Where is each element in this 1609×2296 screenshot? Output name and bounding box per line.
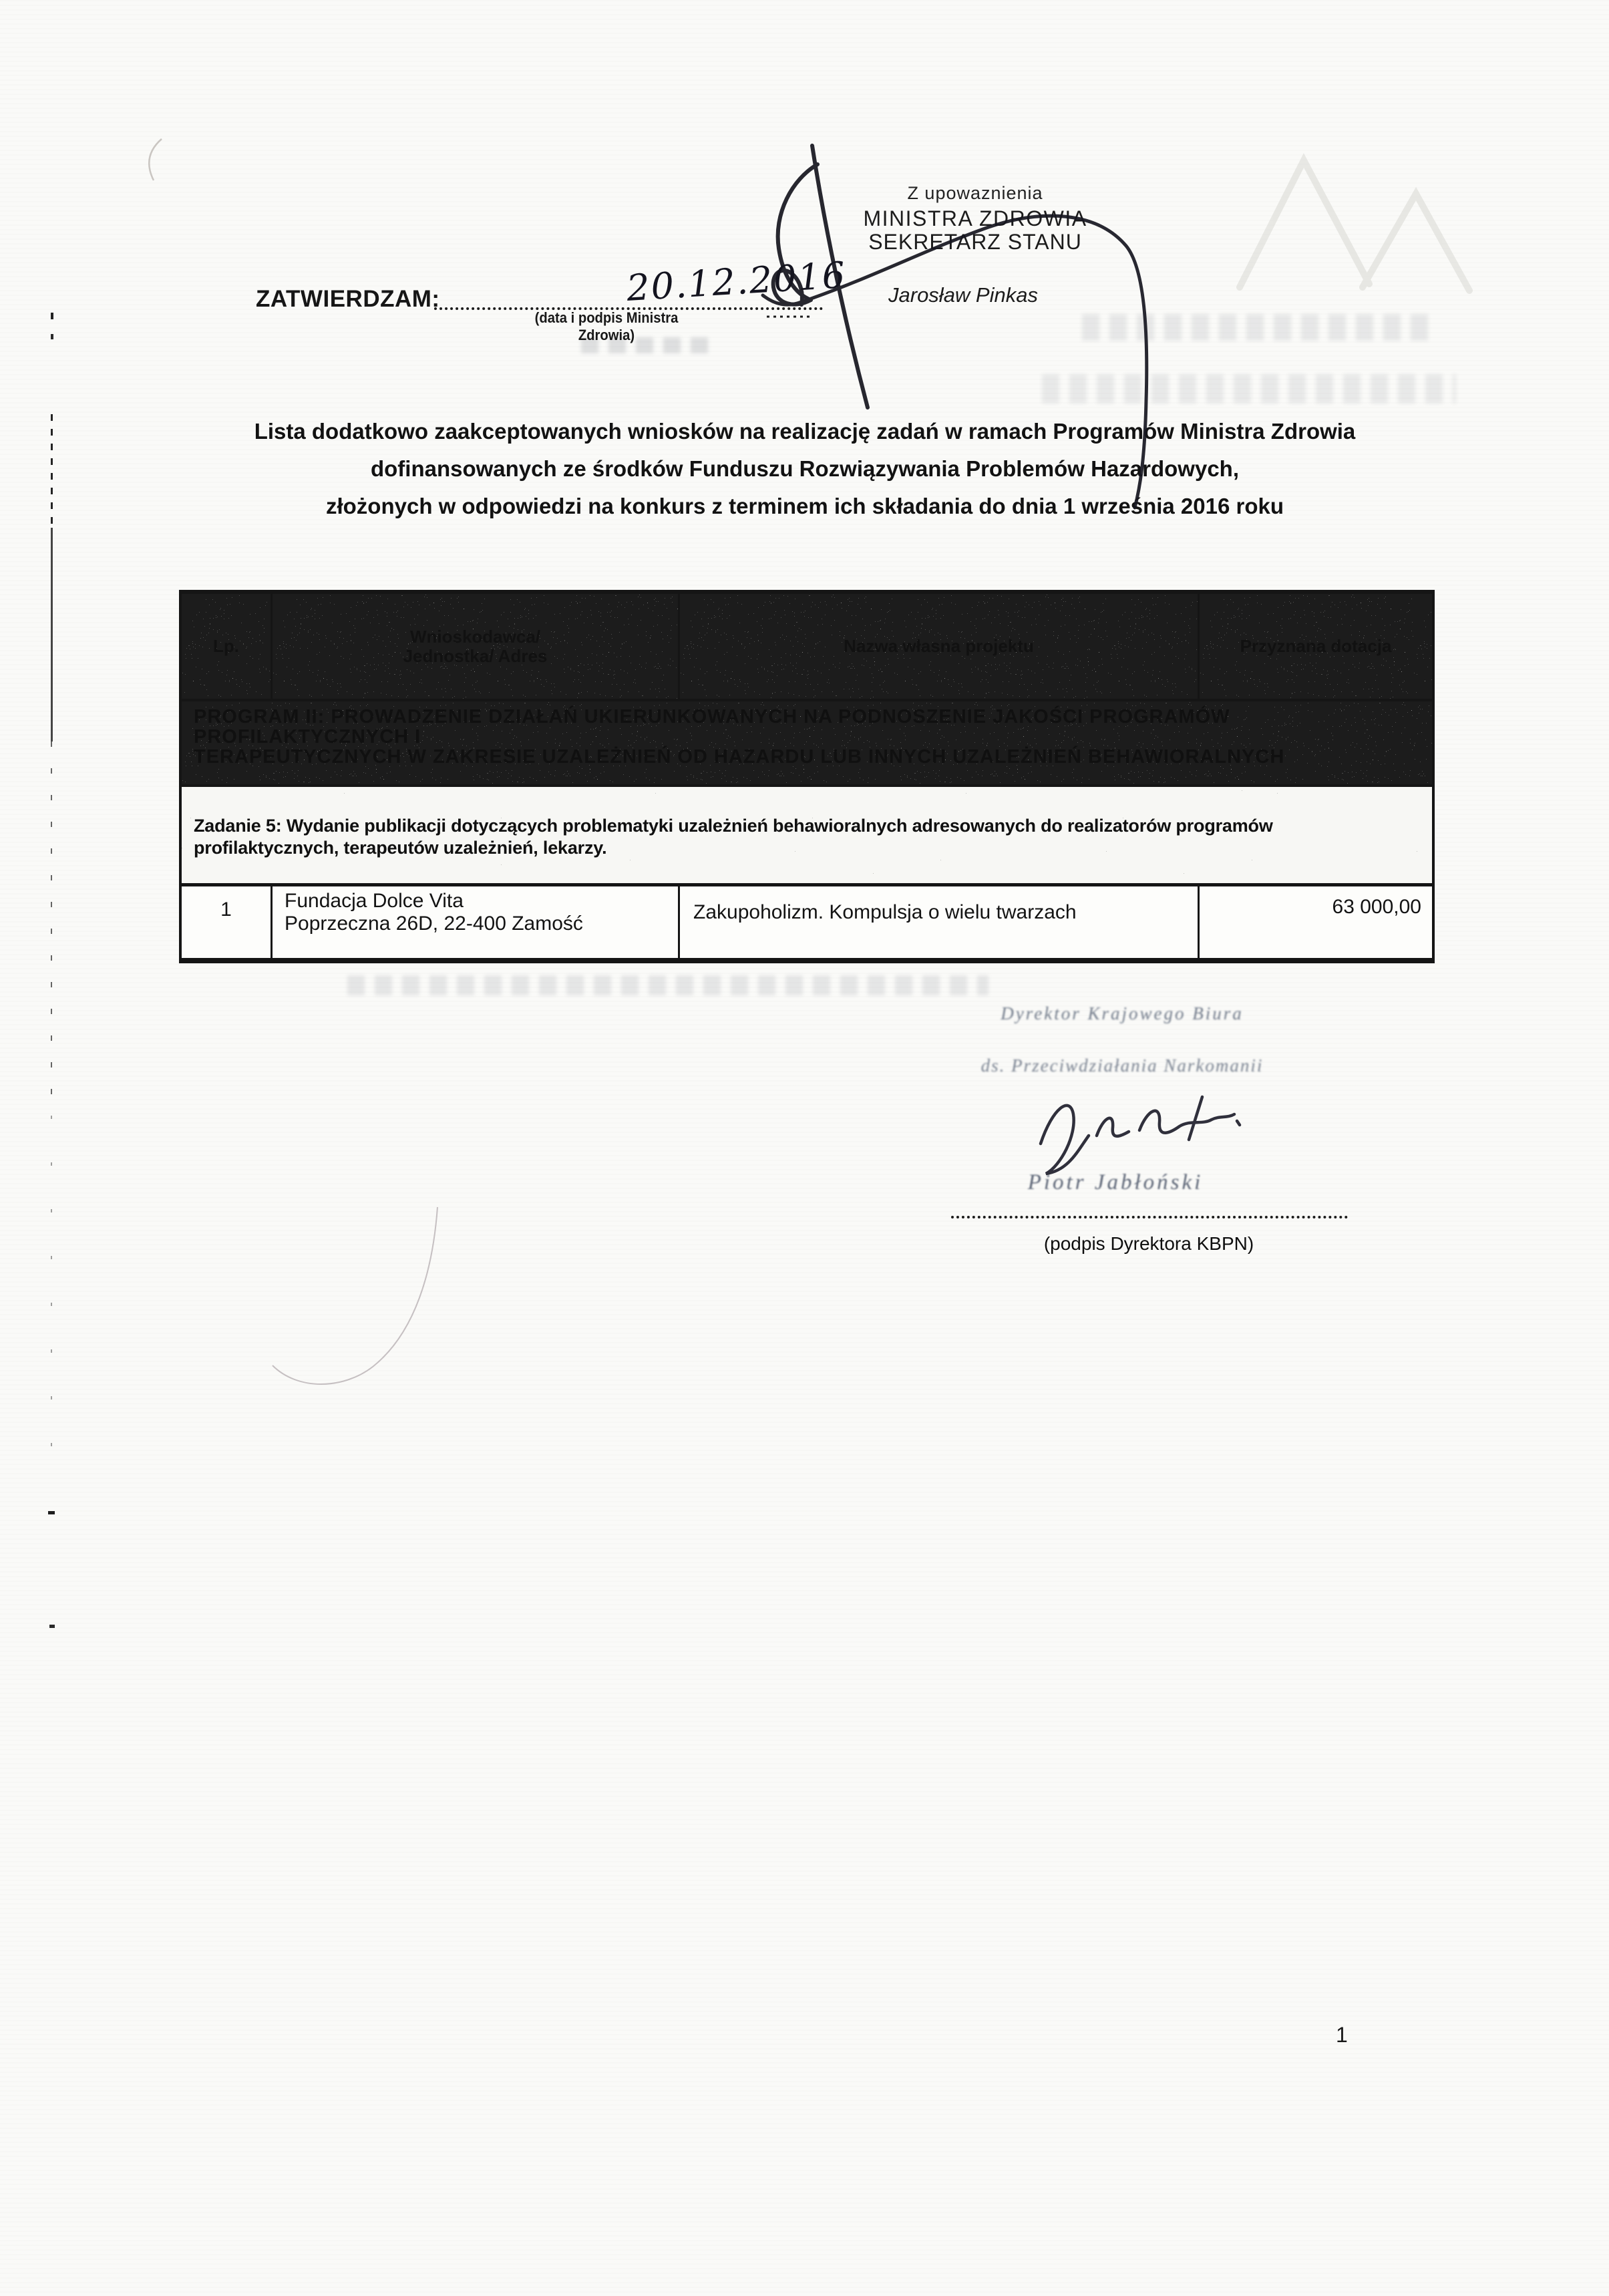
header-cell-applicant: Wnioskodawca/ Jednostka/ Adres [271,594,678,699]
row-cell-applicant: Fundacja Dolce Vita Poprzeczna 26D, 22-4… [271,886,678,958]
header-label: Lp. [213,637,239,656]
header-label: Wnioskodawca/ [410,627,540,647]
applicant-address: Poprzeczna 26D, 22-400 Zamość [285,913,673,935]
scan-edge-artifact [51,742,52,1116]
row-cell-grant: 63 000,00 [1198,886,1432,958]
scan-edge-artifact [51,313,53,319]
program-band-line-2: TERAPEUTYCZNYCH W ZAKRESIE UZALEŻNIEŃ OD… [194,747,1423,767]
header-label: Jednostka/ Adres [403,647,548,666]
header-cell-project: Nazwa własna projektu [678,594,1198,699]
director-signature-stroke [1041,1097,1240,1174]
document-title-line-2: dofinansowanych ze środków Funduszu Rozw… [160,450,1449,488]
page-number: 1 [1336,2023,1376,2047]
program-band-text: PROGRAM II: PROWADZENIE DZIAŁAŃ UKIERUNK… [182,701,1432,784]
task-band-line-2: profilaktycznych, terapeutów uzależnień,… [194,837,1273,859]
scan-edge-artifact [51,1116,52,1450]
director-stamp-line-1: Dyrektor Krajowego Biura [935,1003,1309,1024]
scan-smudge-artifact [149,139,162,180]
row-cell-lp: 1 [182,886,271,958]
task-band-line-1: Zadanie 5: Wydanie publikacji dotyczącyc… [194,815,1273,837]
results-table: Lp. Wnioskodawca/ Jednostka/ Adres Nazwa… [179,590,1435,963]
scan-edge-artifact [49,1625,55,1628]
scan-crease-artifact [273,1207,437,1384]
date-caption: (data i podpis Ministra Zdrowia) [514,309,699,344]
header-label: Przyznana dotacja [1240,637,1392,656]
approval-authority-line: MINISTRA ZDROWIA [828,206,1122,231]
scan-edge-artifact [51,414,53,528]
program-band-line-1: PROGRAM II: PROWADZENIE DZIAŁAŃ UKIERUNK… [194,707,1423,747]
row-cell-project: Zakupoholizm. Kompulsja o wielu twarzach [678,886,1198,958]
document-title-line-3: złożonych w odpowiedzi na konkurs z term… [160,488,1449,525]
task-band-text: Zadanie 5: Wydanie publikacji dotyczącyc… [182,787,1282,883]
approval-on-behalf-line: Z upowaznienia [862,183,1089,204]
applicant-name: Fundacja Dolce Vita [285,890,673,913]
bleed-through-ghost-text [347,975,989,995]
document-title-line-1: Lista dodatkowo zaakceptowanych wniosków… [160,413,1449,450]
scanned-document-page: Z upowaznienia MINISTRA ZDROWIA SEKRETAR… [0,0,1609,2296]
approver-name: Jarosław Pinkas [888,283,1075,307]
table-row: 1 Fundacja Dolce Vita Poprzeczna 26D, 22… [182,886,1432,958]
scan-edge-artifact [51,334,53,339]
program-band-row: PROGRAM II: PROWADZENIE DZIAŁAŃ UKIERUNK… [182,701,1432,787]
document-title: Lista dodatkowo zaakceptowanych wniosków… [160,413,1449,525]
bleed-through-ghost-text [1082,314,1429,341]
table-header-row: Lp. Wnioskodawca/ Jednostka/ Adres Nazwa… [182,594,1432,701]
approve-label: ZATWIERDZAM: [256,286,440,313]
task-band-row: Zadanie 5: Wydanie publikacji dotyczącyc… [182,787,1432,886]
director-signature-line [951,1189,1348,1218]
scan-edge-artifact [48,1511,55,1514]
header-label: Nazwa własna projektu [844,637,1034,656]
header-cell-grant: Przyznana dotacja [1198,594,1432,699]
bleed-through-ghost-text [1042,374,1456,403]
scan-edge-artifact [51,528,53,742]
approval-role-line: SEKRETARZ STANU [828,230,1122,255]
director-signature-caption: (podpis Dyrektora KBPN) [948,1233,1349,1255]
header-cell-lp: Lp. [182,594,271,699]
bleed-through-ghost-marks [1240,160,1469,291]
director-stamp-line-2: ds. Przeciwdziałania Narkomanii [922,1055,1322,1076]
handwriting-strokes-layer [0,0,1609,2296]
